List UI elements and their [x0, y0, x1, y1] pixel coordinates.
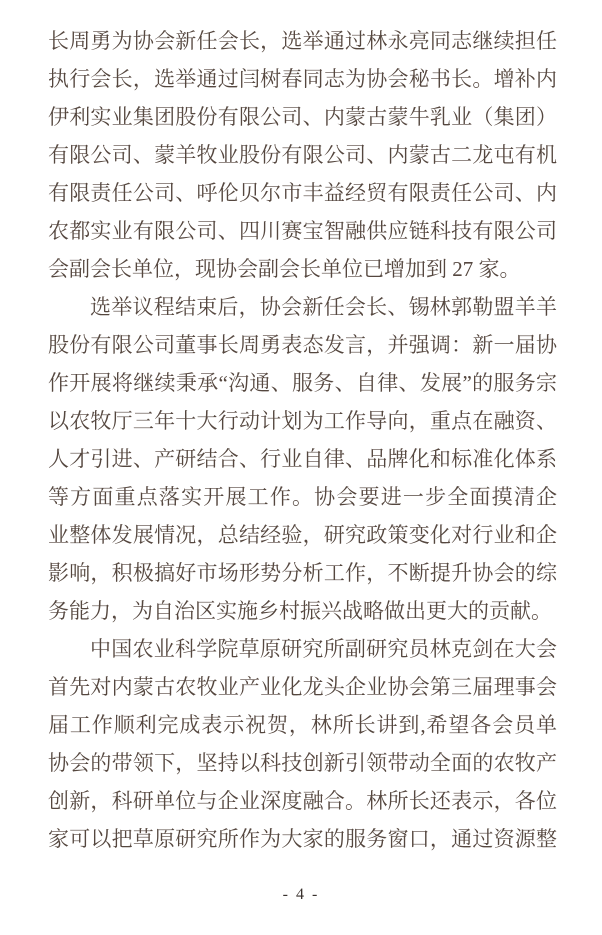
text-line: 首先对内蒙古农牧业产业化龙头企业协会第三届理事会换	[48, 668, 557, 706]
text-line: 作开展将继续秉承“沟通、服务、自律、发展”的服务宗旨，	[48, 364, 557, 402]
text-line: 创新，科研单位与企业深度融合。林所长还表示，各位企业	[48, 782, 557, 820]
text-line: 务能力，为自治区实施乡村振兴战略做出更大的贡献。	[48, 592, 557, 630]
text-line: 有限公司、蒙羊牧业股份有限公司、内蒙古二龙屯有机农业	[48, 136, 557, 174]
text-line: 家可以把草原研究所作为大家的服务窗口，通过资源整合，	[48, 820, 557, 858]
paragraph: 长周勇为协会新任会长，选举通过林永亮同志继续担任协会执行会长，选举通过闫树春同志…	[48, 22, 557, 288]
text-line: 等方面重点落实开展工作。协会要进一步全面摸清企业、行	[48, 478, 557, 516]
text-line: 以农牧厅三年十大行动计划为工作导向，重点在融资、融智、	[48, 402, 557, 440]
text-line: 中国农业科学院草原研究所副研究员林克剑在大会上	[48, 630, 557, 668]
document-text: 长周勇为协会新任会长，选举通过林永亮同志继续担任协会执行会长，选举通过闫树春同志…	[0, 0, 602, 858]
text-line: 届工作顺利完成表示祝贺，林所长讲到,希望各会员单位在	[48, 706, 557, 744]
page-number: - 4 -	[0, 886, 602, 904]
text-line: 有限责任公司、呼伦贝尔市丰益经贸有限责任公司、内蒙古	[48, 174, 557, 212]
text-line: 人才引进、产研结合、行业自律、品牌化和标准化体系建设	[48, 440, 557, 478]
paragraph: 选举议程结束后，协会新任会长、锡林郭勒盟羊羊牧业股份有限公司董事长周勇表态发言，…	[48, 288, 557, 630]
text-line: 执行会长，选举通过闫树春同志为协会秘书长。增补内蒙古	[48, 60, 557, 98]
text-line: 会副会长单位，现协会副会长单位已增加到 27 家。	[48, 250, 557, 288]
document-page: 长周勇为协会新任会长，选举通过林永亮同志继续担任协会执行会长，选举通过闫树春同志…	[0, 0, 602, 935]
text-line: 股份有限公司董事长周勇表态发言，并强调：新一届协会工	[48, 326, 557, 364]
text-line: 业整体发展情况，总结经验，研究政策变化对行业和企业的	[48, 516, 557, 554]
text-line: 农都实业有限公司、四川赛宝智融供应链科技有限公司为协	[48, 212, 557, 250]
text-line: 长周勇为协会新任会长，选举通过林永亮同志继续担任协会	[48, 22, 557, 60]
text-line: 影响，积极搞好市场形势分析工作，不断提升协会的综合服	[48, 554, 557, 592]
text-line: 协会的带领下，坚持以科技创新引领带动全面的农牧产业的	[48, 744, 557, 782]
text-line: 选举议程结束后，协会新任会长、锡林郭勒盟羊羊牧业	[48, 288, 557, 326]
paragraph: 中国农业科学院草原研究所副研究员林克剑在大会上首先对内蒙古农牧业产业化龙头企业协…	[48, 630, 557, 858]
text-line: 伊利实业集团股份有限公司、内蒙古蒙牛乳业（集团）股份	[48, 98, 557, 136]
